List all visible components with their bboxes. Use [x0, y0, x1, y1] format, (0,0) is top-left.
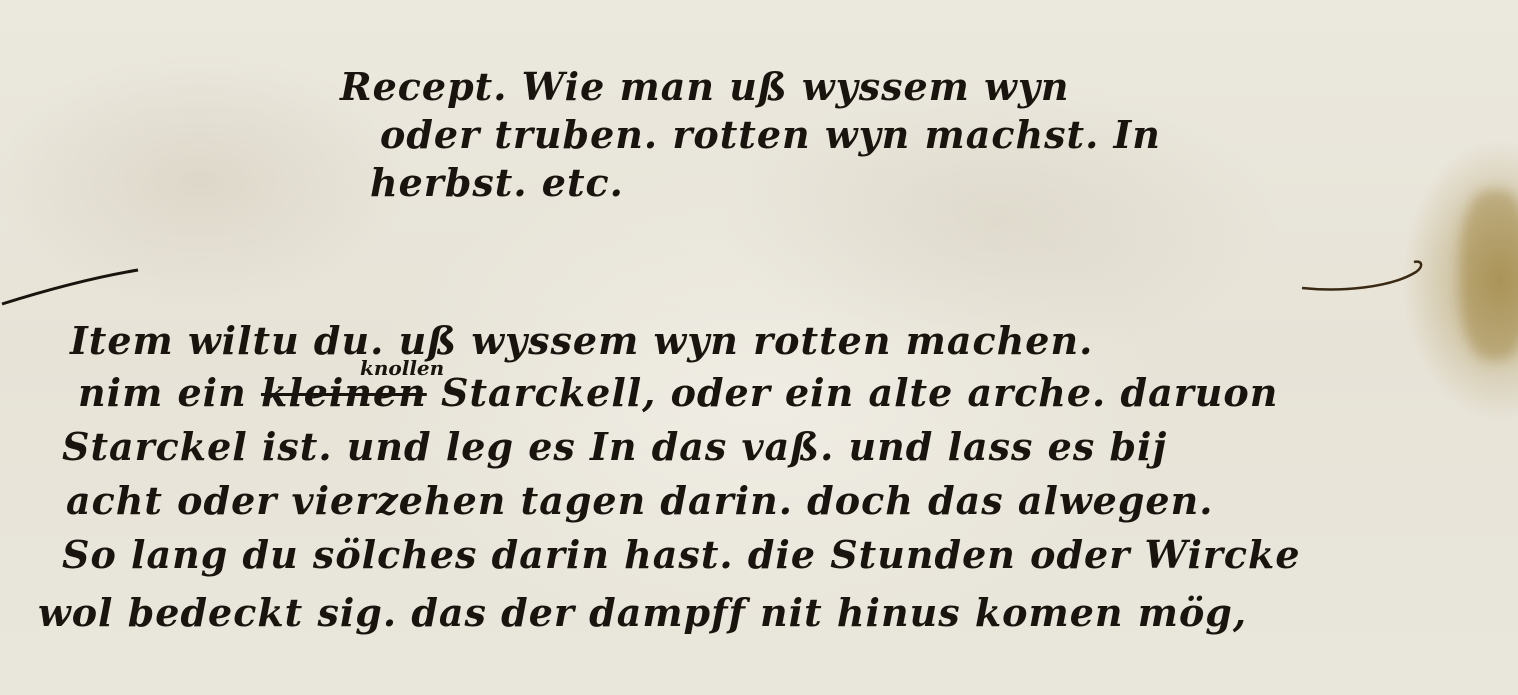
body-line-2-rest: Starckell, oder ein alte arche. daruon — [441, 370, 1278, 415]
body-line-2: nim ein kleinen Starckell, oder ein alte… — [78, 370, 1278, 415]
body-line-1: Item wiltu du. uß wyssem wyn rotten mach… — [70, 318, 1093, 363]
interlinear-correction: knollen — [360, 356, 444, 380]
margin-flourish-left — [0, 268, 140, 308]
heading-line-1: Recept. Wie man uß wyssem wyn — [340, 64, 1070, 109]
heading-line-3: herbst. etc. — [370, 160, 624, 205]
heading-line-2: oder truben. rotten wyn machst. In — [380, 112, 1161, 157]
manuscript-page: Recept. Wie man uß wyssem wyn oder trube… — [0, 0, 1518, 695]
body-line-2-start: nim ein — [78, 370, 247, 415]
body-line-4: acht oder vierzehen tagen darin. doch da… — [66, 478, 1213, 523]
water-stain — [1460, 190, 1518, 360]
body-line-6: wol bedeckt sig. das der dampff nit hinu… — [38, 590, 1247, 635]
body-line-3: Starckel ist. und leg es In das vaß. und… — [62, 424, 1167, 469]
margin-flourish-right — [1300, 258, 1430, 298]
body-line-5: So lang du sölches darin hast. die Stund… — [62, 532, 1301, 577]
